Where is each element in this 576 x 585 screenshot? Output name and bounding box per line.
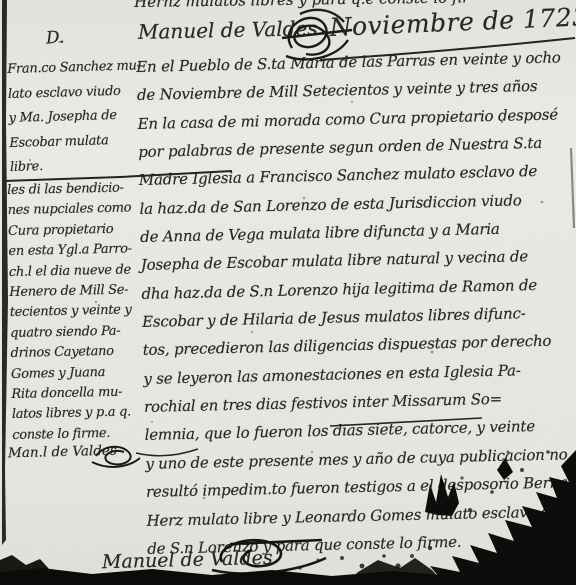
text-line: latos libres y p.a q. (12, 402, 144, 425)
priest-signature: Manuel de Valdes (102, 547, 273, 573)
text-line: lato esclavo viudo (8, 79, 141, 107)
text-line: ch.l el dia nueve de (9, 260, 141, 283)
text-line: les di las bendicio- (7, 178, 139, 201)
text-line: tecientos y veinte y (10, 301, 142, 324)
text-line: Fran.co Sanchez mu- (7, 54, 140, 82)
record-body-text: En el Pueblo de S.ta Maria de las Parras… (136, 43, 576, 563)
text-line: quatro siendo Pa- (10, 321, 142, 344)
margin-couple-names: Fran.co Sanchez mu-lato esclavo viudoy M… (7, 54, 142, 180)
text-line: y Ma. Josepha de (8, 103, 141, 131)
text-line: en esta Ygl.a Parro- (8, 239, 140, 262)
text-line: drinos Cayetano (10, 341, 142, 364)
text-line: Henero de Mill Se- (9, 280, 141, 303)
bottom-edge-band (0, 568, 576, 585)
manuscript-page: Hernz mulatos libres y para q.e conste l… (0, 0, 576, 585)
text-line: nes nupciales como (7, 199, 139, 222)
text-line: libre. (10, 152, 143, 180)
margin-blessing-note: les di las bendicio-nes nupciales comoCu… (7, 178, 145, 446)
text-line: Escobar mulata (9, 128, 142, 156)
margin-initial: D. (45, 27, 65, 48)
previous-entry-signature: Manuel de Valdes (138, 16, 318, 44)
text-line: Cura propietario (8, 219, 140, 242)
text-line: Gomes y Juana (11, 362, 143, 385)
margin-signature: Man.l de Valdes (8, 443, 117, 462)
text-line: Rita doncella mu- (11, 382, 143, 405)
text-line: conste lo firme. (12, 423, 144, 446)
